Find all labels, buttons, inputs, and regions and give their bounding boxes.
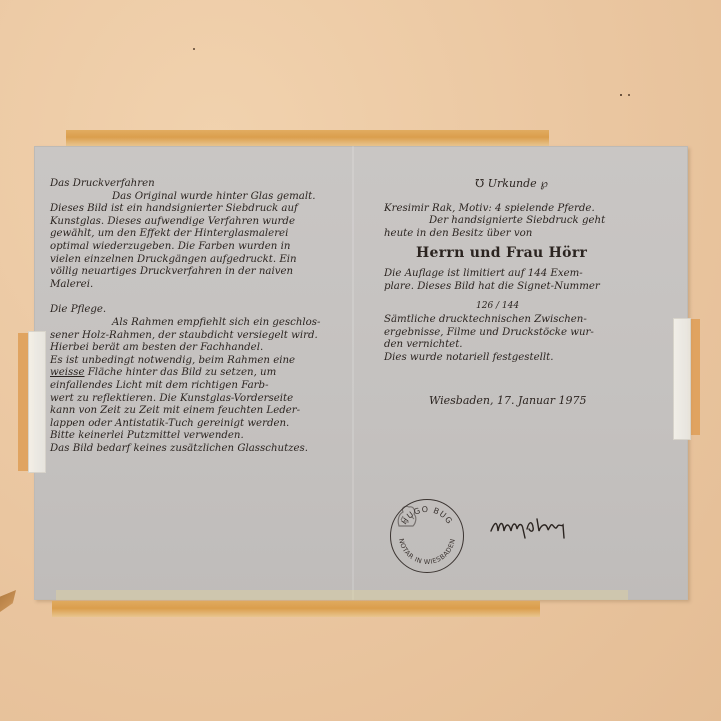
text-line: lappen oder Antistatik-Tuch gereinigt we… (50, 418, 350, 431)
text-line: Dies wurde notariell festgestellt. (384, 352, 669, 365)
speck (628, 94, 630, 96)
tape-tab-left (28, 331, 46, 473)
section-title-printing: Das Druckverfahren (50, 178, 350, 191)
speck (193, 48, 195, 50)
text-fragment: Fläche hinter das Bild zu setzen, um (85, 367, 277, 378)
text-line: Kresimir Rak, Motiv: 4 spielende Pferde. (384, 203, 669, 216)
text-line: optimal wiederzugeben. Die Farben wurden… (50, 241, 350, 254)
text-line: Malerei. (50, 279, 350, 292)
text-line: einfallendes Licht mit dem richtigen Far… (50, 380, 350, 393)
text-line: Das Original wurde hinter Glas gemalt. (50, 191, 350, 204)
text-line: völlig neuartiges Druckverfahren in der … (50, 266, 350, 279)
notary-signature (489, 511, 609, 539)
text-line: Bitte keinerlei Putzmittel verwenden. (50, 430, 350, 443)
text-line: vielen einzelnen Druckgängen aufgedruckt… (50, 254, 350, 267)
text-line: Sämtliche drucktechnischen Zwischen- (384, 314, 669, 327)
stain-mark (0, 590, 16, 612)
text-line: wert zu reflektieren. Die Kunstglas-Vord… (50, 393, 350, 406)
text-line: Die Auflage ist limitiert auf 144 Exem- (384, 268, 669, 281)
tape-tab-right (673, 318, 691, 440)
text-line: Das Bild bedarf keines zusätzlichen Glas… (50, 443, 350, 456)
underlined-word: weisse (50, 367, 85, 378)
text-line: heute in den Besitz über von (384, 228, 669, 241)
glass-fold (352, 146, 354, 600)
certificate-glass: Das Druckverfahren Das Original wurde hi… (34, 146, 688, 600)
text-line: plare. Dieses Bild hat die Signet-Nummer (384, 281, 669, 294)
tape-left (18, 333, 28, 471)
text-line: Der handsignierte Siebdruck geht (384, 215, 669, 228)
text-line: Hierbei berät am besten der Fachhandel. (50, 342, 350, 355)
tape-right (690, 319, 700, 435)
text-line: Es ist unbedingt notwendig, beim Rahmen … (50, 355, 350, 368)
signet-number: 126 / 144 (476, 300, 669, 313)
section-title-care: Die Pflege. (50, 304, 350, 317)
text-line: Als Rahmen empfiehlt sich ein geschlos- (50, 317, 350, 330)
text-line: gewählt, um den Effekt der Hinterglasmal… (50, 228, 350, 241)
tape-top (66, 130, 549, 146)
place-date: Wiesbaden, 17. Januar 1975 (429, 395, 669, 408)
text-line: Kunstglas. Dieses aufwendige Verfahren w… (50, 216, 350, 229)
lion-crest-icon (391, 500, 423, 532)
text-line: den vernichtet. (384, 339, 669, 352)
recipient-names: Herrn und Frau Hörr (416, 244, 669, 262)
text-line: weisse Fläche hinter das Bild zu setzen,… (50, 367, 350, 380)
swirl-ornament-icon: ℧︎ (475, 177, 484, 190)
right-column: ℧︎ Urkunde ℘ Kresimir Rak, Motiv: 4 spie… (384, 178, 669, 407)
swirl-ornament-icon: ℘ (540, 177, 548, 190)
text-line: Dieses Bild ist ein handsignierter Siebd… (50, 203, 350, 216)
text-line: ergebnisse, Filme und Druckstöcke wur- (384, 327, 669, 340)
notary-stamp: HUGO BUG NOTAR IN WIESBADEN (390, 499, 464, 573)
text-line: sener Holz-Rahmen, der staubdicht versie… (50, 330, 350, 343)
speck (620, 94, 622, 96)
left-column: Das Druckverfahren Das Original wurde hi… (50, 178, 350, 455)
glass-edge (56, 590, 628, 600)
text-line: kann von Zeit zu Zeit mit einem feuchten… (50, 405, 350, 418)
certificate-title: ℧︎ Urkunde ℘ (354, 178, 669, 191)
title-text: Urkunde (488, 177, 537, 190)
tape-bottom (52, 601, 540, 617)
svg-text:NOTAR IN WIESBADEN: NOTAR IN WIESBADEN (397, 538, 457, 566)
